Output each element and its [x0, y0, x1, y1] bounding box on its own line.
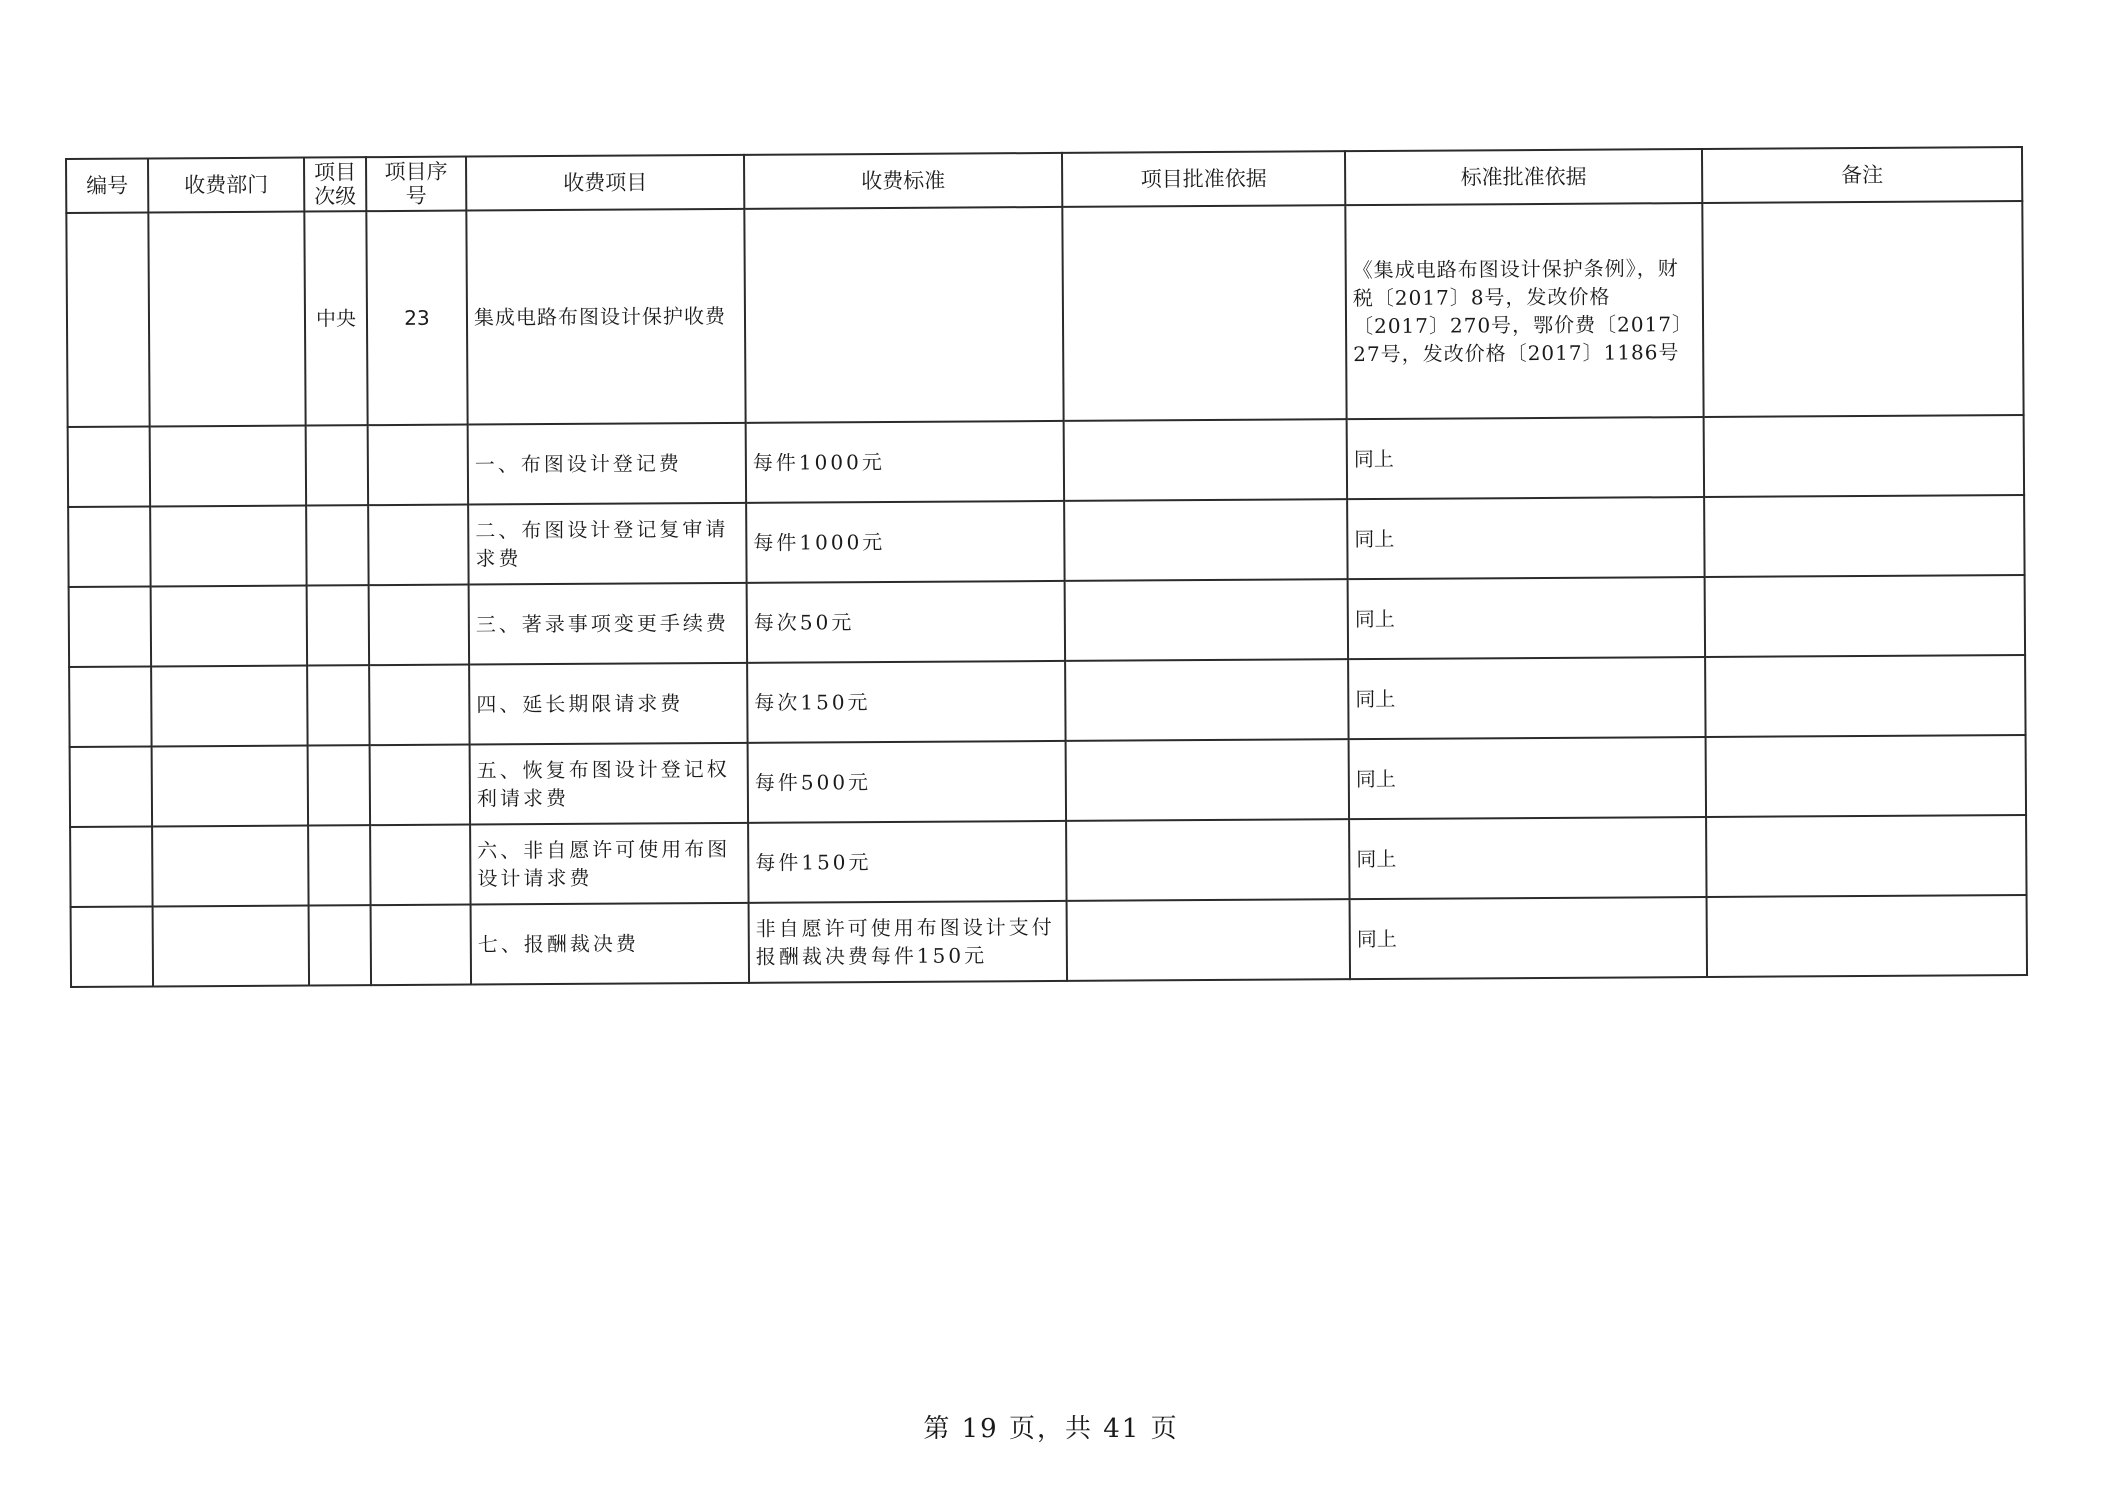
cell-item: 四、延长期限请求费 — [469, 663, 747, 745]
cell-remark — [1707, 895, 2027, 977]
table-row: 三、著录事项变更手续费每次50元同上 — [69, 575, 2025, 667]
table-row: 一、布图设计登记费每件1000元同上 — [68, 415, 2024, 507]
cell-item-basis — [1066, 819, 1349, 901]
cell-item: 五、恢复布图设计登记权利请求费 — [470, 743, 748, 825]
cell-item: 七、报酬裁决费 — [471, 903, 749, 985]
cell-level — [307, 665, 369, 745]
header-item: 收费项目 — [466, 155, 744, 211]
cell-standard-basis: 同上 — [1350, 897, 1707, 979]
fee-table: 编号 收费部门 项目 次级 项目序 号 收费项目 收费标准 项目批准依据 标准批… — [65, 146, 2028, 988]
cell-id — [69, 666, 151, 746]
cell-item-basis — [1065, 659, 1348, 741]
cell-standard: 每件150元 — [748, 821, 1066, 903]
cell-remark — [1705, 575, 2025, 657]
cell-department — [152, 746, 308, 827]
cell-seq — [369, 585, 469, 666]
cell-department — [148, 212, 305, 427]
header-level-line1: 项目 — [311, 160, 359, 184]
cell-remark — [1706, 735, 2026, 817]
cell-id — [70, 746, 152, 826]
table-row: 四、延长期限请求费每次150元同上 — [69, 655, 2025, 747]
cell-department — [150, 426, 306, 507]
cell-standard-basis: 同上 — [1347, 417, 1704, 499]
cell-id — [69, 586, 151, 666]
header-level-line2: 次级 — [311, 184, 359, 208]
cell-seq — [368, 425, 468, 506]
cell-standard — [744, 207, 1063, 423]
cell-standard: 非自愿许可使用布图设计支付报酬裁决费每件150元 — [749, 901, 1067, 983]
header-item-basis: 项目批准依据 — [1062, 151, 1345, 207]
cell-remark — [1702, 201, 2023, 417]
cell-department — [151, 666, 307, 747]
table-row: 二、布图设计登记复审请求费每件1000元同上 — [68, 495, 2024, 587]
header-standard-basis: 标准批准依据 — [1345, 149, 1702, 205]
cell-remark — [1706, 815, 2026, 897]
cell-seq — [368, 505, 468, 586]
header-remark: 备注 — [1702, 147, 2022, 203]
cell-level — [306, 505, 368, 585]
cell-id — [71, 906, 153, 986]
header-department: 收费部门 — [148, 158, 304, 213]
cell-department — [150, 506, 306, 587]
header-standard: 收费标准 — [744, 153, 1062, 209]
cell-item: 二、布图设计登记复审请求费 — [468, 503, 746, 585]
cell-standard: 每件500元 — [748, 741, 1066, 823]
cell-item-basis — [1064, 499, 1347, 581]
header-level: 项目 次级 — [304, 157, 366, 211]
cell-remark — [1705, 655, 2025, 737]
cell-seq — [371, 905, 471, 986]
cell-level — [306, 425, 368, 505]
cell-item: 三、著录事项变更手续费 — [469, 583, 747, 665]
cell-item-basis — [1064, 419, 1347, 501]
cell-standard-basis: 同上 — [1347, 497, 1704, 579]
cell-seq — [369, 665, 469, 746]
cell-seq: 23 — [366, 211, 467, 426]
cell-remark — [1704, 415, 2024, 497]
cell-standard-basis: 同上 — [1348, 577, 1705, 659]
cell-item: 集成电路布图设计保护收费 — [466, 209, 745, 425]
cell-standard-basis: 同上 — [1349, 737, 1706, 819]
document-page: 编号 收费部门 项目 次级 项目序 号 收费项目 收费标准 项目批准依据 标准批… — [0, 0, 2102, 1487]
table-row: 五、恢复布图设计登记权利请求费每件500元同上 — [70, 735, 2026, 827]
cell-id — [70, 826, 152, 906]
cell-item-basis — [1067, 899, 1350, 981]
cell-seq — [370, 745, 470, 826]
cell-standard-basis: 同上 — [1348, 657, 1705, 739]
cell-item: 一、布图设计登记费 — [468, 423, 746, 505]
cell-id — [66, 212, 149, 426]
cell-standard-basis: 《集成电路布图设计保护条例》，财税〔2017〕8号，发改价格〔2017〕270号… — [1345, 203, 1703, 419]
table-row-main: 中央 23 集成电路布图设计保护收费 《集成电路布图设计保护条例》，财税〔201… — [66, 201, 2023, 427]
cell-item-basis — [1065, 579, 1348, 661]
cell-standard: 每件1000元 — [746, 501, 1064, 583]
cell-level: 中央 — [304, 211, 367, 425]
header-seq: 项目序 号 — [366, 157, 466, 212]
cell-remark — [1704, 495, 2024, 577]
header-id: 编号 — [66, 158, 148, 212]
cell-item: 六、非自愿许可使用布图设计请求费 — [470, 823, 748, 905]
cell-item-basis — [1062, 205, 1346, 421]
cell-standard: 每件1000元 — [746, 421, 1064, 503]
page-number-footer: 第 19 页，共 41 页 — [0, 1408, 2102, 1445]
cell-standard: 每次150元 — [747, 661, 1065, 743]
cell-level — [307, 585, 369, 665]
cell-standard-basis: 同上 — [1349, 817, 1706, 899]
cell-department — [151, 586, 307, 667]
header-seq-line1: 项目序 — [373, 160, 459, 185]
cell-department — [152, 826, 308, 907]
cell-standard: 每次50元 — [747, 581, 1065, 663]
cell-id — [68, 506, 150, 586]
cell-level — [308, 745, 370, 825]
cell-department — [153, 906, 309, 987]
table-row: 七、报酬裁决费非自愿许可使用布图设计支付报酬裁决费每件150元同上 — [71, 895, 2027, 987]
cell-level — [308, 825, 370, 905]
cell-level — [309, 905, 371, 985]
cell-item-basis — [1066, 739, 1349, 821]
cell-seq — [370, 825, 470, 906]
cell-id — [68, 426, 150, 506]
header-seq-line2: 号 — [373, 184, 459, 209]
table-row: 六、非自愿许可使用布图设计请求费每件150元同上 — [70, 815, 2026, 907]
